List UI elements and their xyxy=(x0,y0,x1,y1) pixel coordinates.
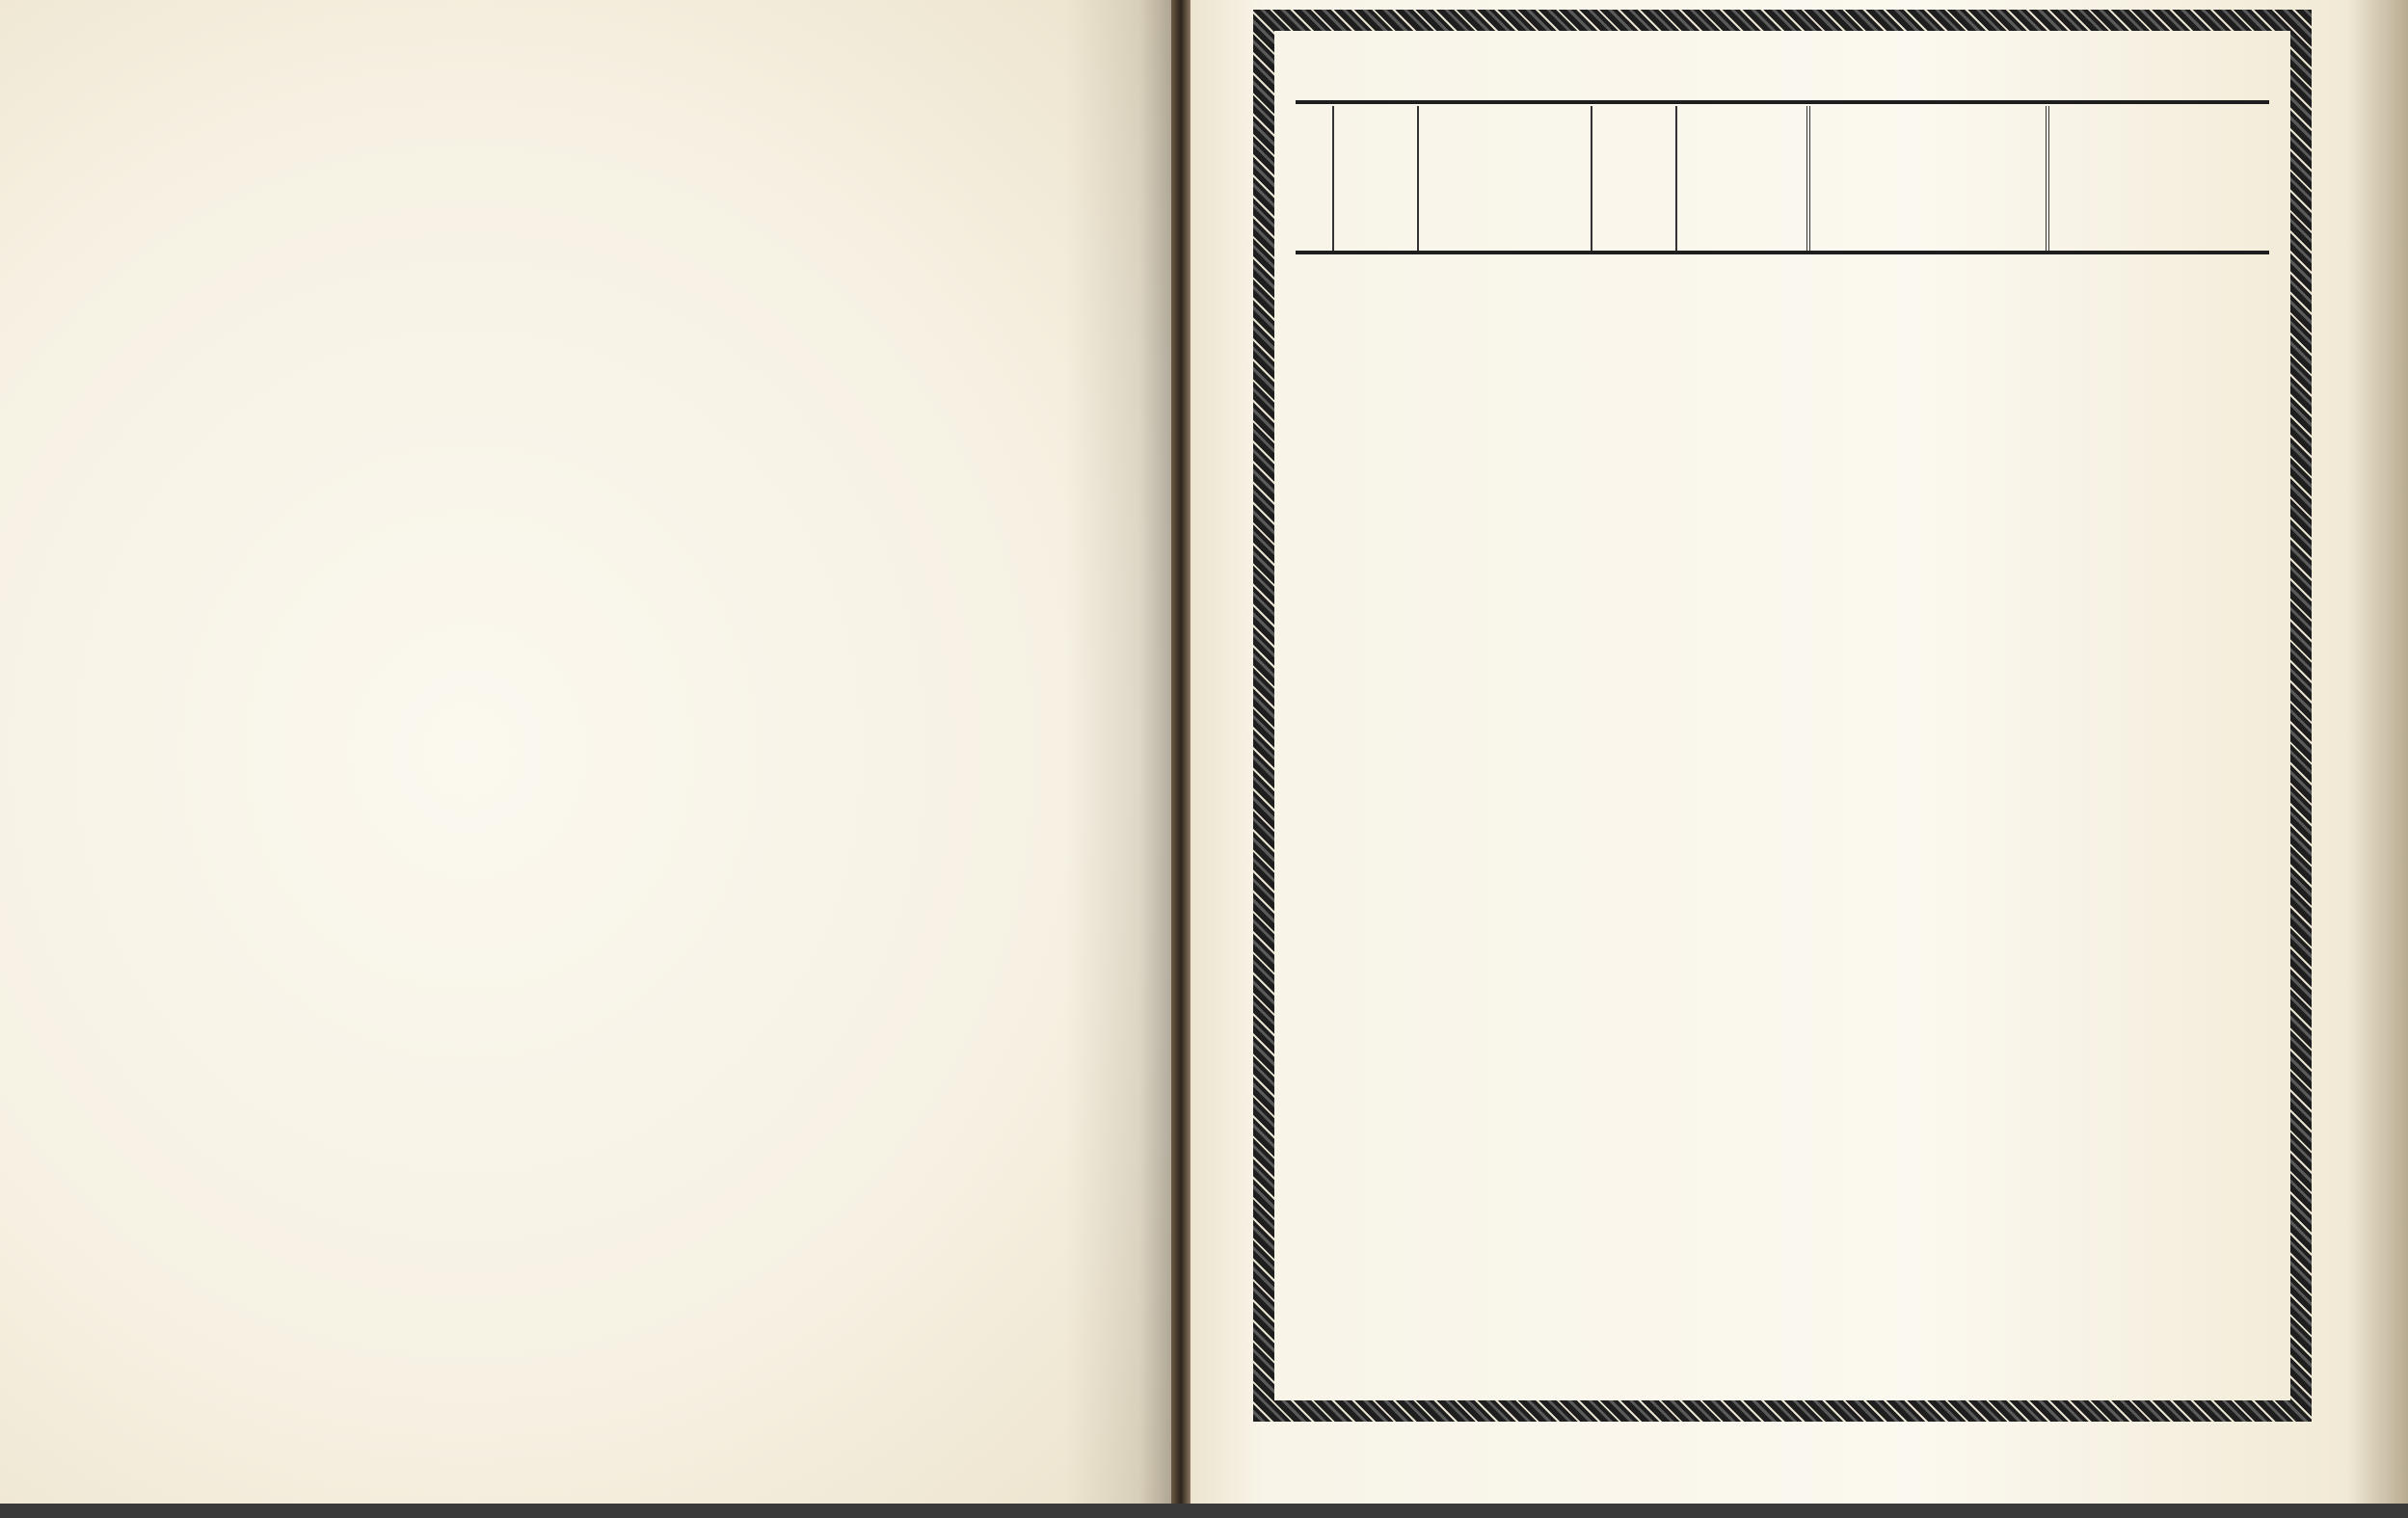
header-moon xyxy=(1592,106,1677,251)
left-page-handwritten xyxy=(0,0,1172,1504)
calendar-title xyxy=(1296,52,2269,104)
book-gutter xyxy=(1171,0,1191,1504)
header-astro xyxy=(1810,106,2049,251)
open-book-spread xyxy=(0,0,2408,1518)
header-old-calendar xyxy=(2049,106,2269,251)
column-headers xyxy=(1296,106,2269,254)
ornamental-border xyxy=(1253,10,2312,1422)
header-sun xyxy=(1677,106,1810,251)
page-fold-shadow xyxy=(1065,0,1171,1504)
header-monthday xyxy=(1296,106,1334,251)
header-feast xyxy=(1419,106,1592,251)
header-weekday xyxy=(1334,106,1419,251)
